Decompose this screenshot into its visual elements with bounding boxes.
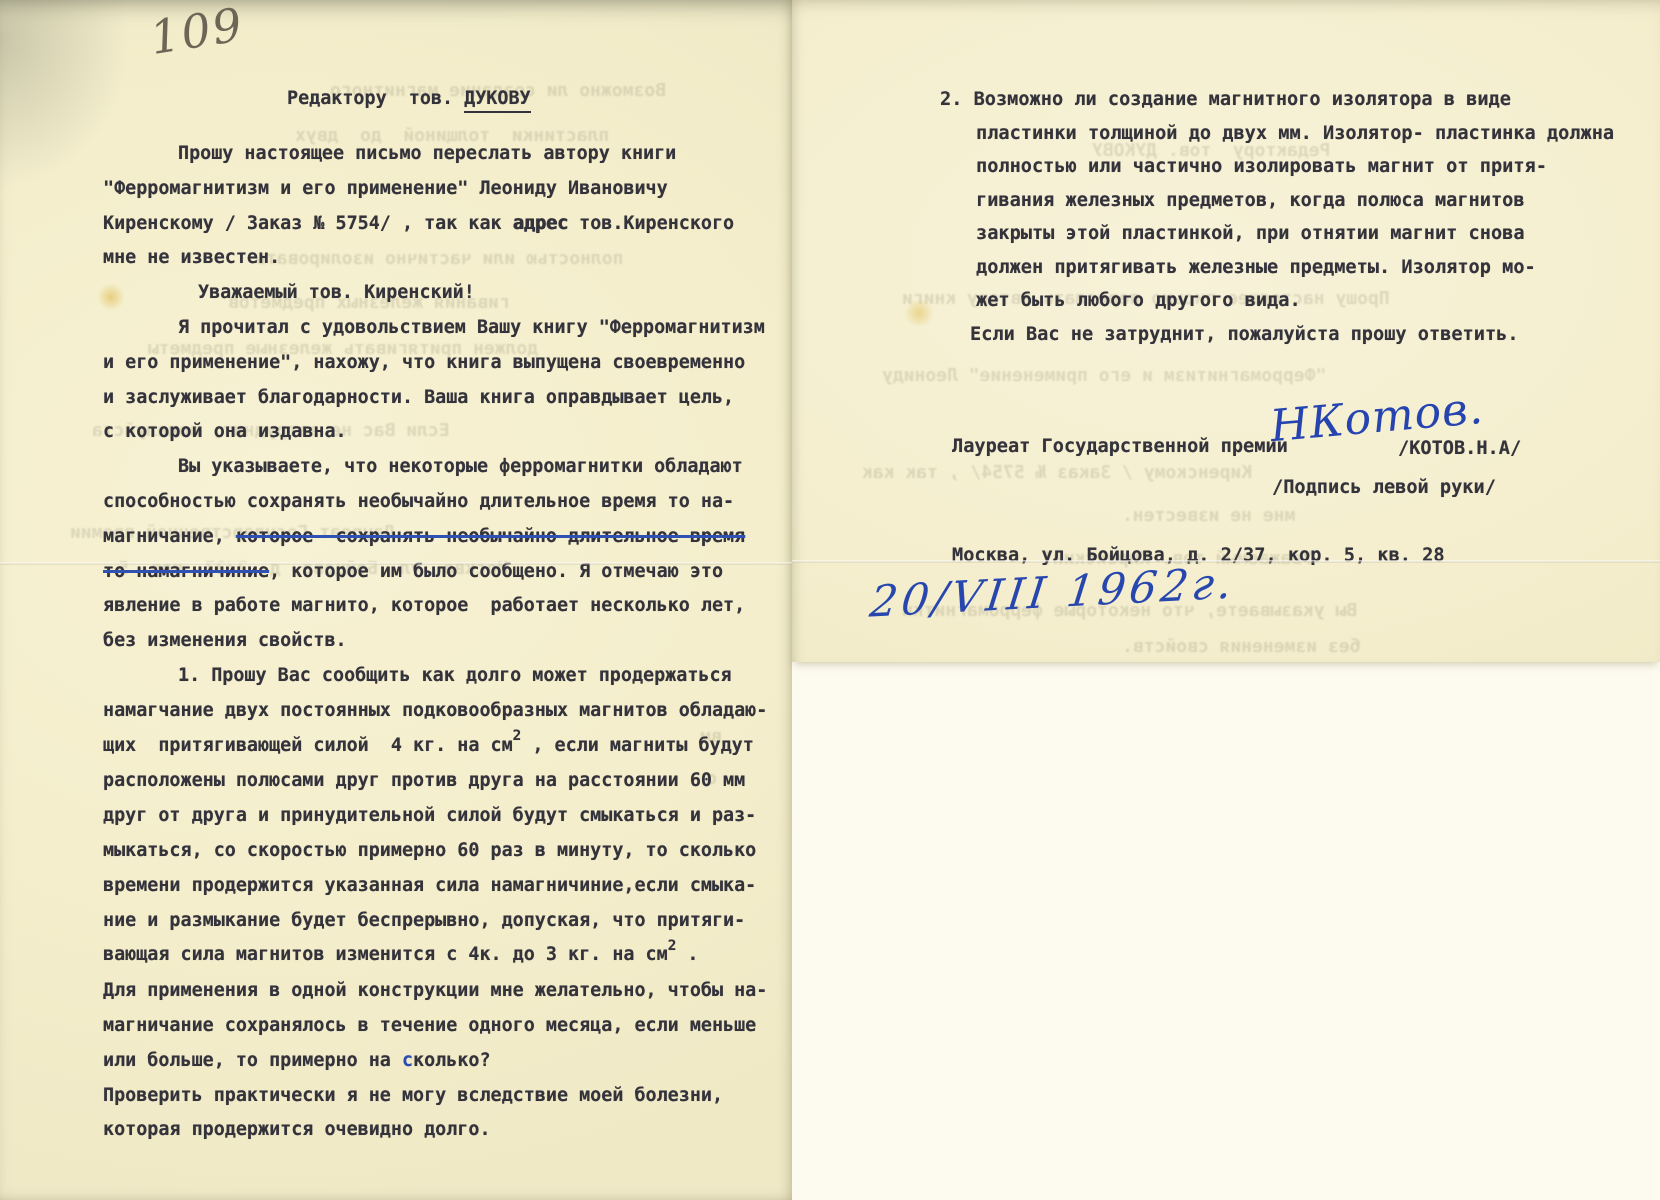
text-segment: ние и размыкание будет беспрерывно, допу… bbox=[103, 910, 745, 931]
text-line: полностью или частично изолировать магни… bbox=[940, 150, 1654, 184]
text-line: вающая сила магнитов изменится с 4к. до … bbox=[103, 938, 788, 974]
struck-text: которое сохранять необычайно длительное … bbox=[236, 526, 745, 547]
text-segment: и его применение", нахожу, что книга вып… bbox=[103, 352, 745, 373]
text-segment: намагчание двух постоянных подковообразн… bbox=[103, 700, 767, 721]
text-segment: тов.Киренского bbox=[568, 213, 734, 234]
text-segment: адрес bbox=[513, 213, 568, 234]
typed-signatory-name: /КОТОВ.Н.А/ bbox=[1398, 438, 1521, 459]
text-line: магничание сохранялось в течение одного … bbox=[103, 1009, 788, 1044]
text-segment: Прошу настоящее письмо переслать автору … bbox=[178, 143, 676, 164]
text-segment: . bbox=[676, 944, 698, 965]
text-segment: жет быть любого другого вида. bbox=[976, 290, 1301, 311]
text-segment: Киренскому / Заказ № 5754/ , так как bbox=[103, 213, 513, 234]
text-segment: 2 bbox=[668, 938, 677, 954]
text-segment: магничание, bbox=[103, 526, 236, 547]
text-line: закрыты этой пластинкой, при отнятии маг… bbox=[940, 217, 1654, 251]
text-segment: Проверить практически я не могу вследств… bbox=[103, 1085, 723, 1106]
text-segment: или больше, то примерно на bbox=[103, 1050, 402, 1071]
text-segment: гивания железных предметов, когда полюса… bbox=[976, 190, 1525, 211]
text-segment: пластинки толщиной до двух мм. Изолятор-… bbox=[976, 123, 1614, 144]
bleed-through-line: "Ферромагнитизм и его применение" Леонид… bbox=[882, 365, 1326, 386]
text-segment: должен притягивать железные предметы. Из… bbox=[976, 257, 1536, 278]
text-line: Уважаемый тов. Киренский! bbox=[103, 276, 788, 311]
page-number-annotation: 109 bbox=[146, 0, 247, 65]
text-segment: , если магниты будут bbox=[521, 735, 754, 756]
letter-scan: Возможно ли создание магнитногопластинки… bbox=[0, 0, 1660, 1200]
text-line: Я прочитал с удовольствием Вашу книгу "Ф… bbox=[103, 311, 788, 346]
letter-heading: Редактору тов. ДУКОВУ bbox=[287, 88, 531, 109]
text-line: Киренскому / Заказ № 5754/ , так как адр… bbox=[103, 207, 788, 242]
text-segment: полностью или частично изолировать магни… bbox=[976, 156, 1547, 177]
text-line: щих притягивающей силой 4 кг. на см2 , е… bbox=[103, 729, 788, 765]
text-segment: 2. Возможно ли создание магнитного изоля… bbox=[940, 89, 1511, 110]
text-segment: мыкаться, со скоростью примерно 60 раз в… bbox=[103, 840, 756, 861]
text-line: и заслуживает благодарности. Ваша книга … bbox=[103, 381, 788, 416]
text-line: времени продержится указанная сила намаг… bbox=[103, 869, 788, 904]
text-segment: без изменения свойств. bbox=[103, 630, 347, 651]
text-segment: с которой она издавна. bbox=[103, 421, 347, 442]
handwritten-date: 20/VIII 1962г. bbox=[867, 558, 1238, 628]
text-line: Для применения в одной конструкции мне ж… bbox=[103, 974, 788, 1009]
text-segment: и заслуживает благодарности. Ваша книга … bbox=[103, 387, 734, 408]
bleed-through-line: без изменения свойств. bbox=[1122, 636, 1360, 657]
text-line: которая продержится очевидно долго. bbox=[103, 1113, 788, 1148]
text-line: Прошу настоящее письмо переслать автору … bbox=[103, 137, 788, 172]
text-line: 1. Прошу Вас сообщить как долго может пр… bbox=[103, 659, 788, 694]
bleed-through-line: мне не известен. bbox=[1122, 505, 1295, 526]
text-line: намагчание двух постоянных подковообразн… bbox=[103, 694, 788, 729]
text-line: Вы указываете, что некоторые ферромагнит… bbox=[103, 450, 788, 485]
text-segment: Вы указываете, что некоторые ферромагнит… bbox=[178, 456, 743, 477]
text-segment: способностью сохранять необычайно длител… bbox=[103, 491, 734, 512]
text-line: или больше, то примерно на сколько? bbox=[103, 1044, 788, 1079]
text-segment: Если Вас не затруднит, пожалуйста прошу … bbox=[970, 324, 1519, 345]
text-segment: Для применения в одной конструкции мне ж… bbox=[103, 980, 767, 1001]
text-segment: 2 bbox=[513, 728, 522, 744]
text-segment: колько? bbox=[413, 1050, 491, 1071]
text-line: Проверить практически я не могу вследств… bbox=[103, 1079, 788, 1114]
heading-prefix: Редактору тов. bbox=[287, 88, 464, 109]
text-line: "Ферромагнитизм и его применение" Леонид… bbox=[103, 172, 788, 207]
addressee-name: ДУКОВУ bbox=[464, 88, 530, 113]
text-segment: расположены полюсами друг против друга н… bbox=[103, 770, 745, 791]
text-line: мне не известен. bbox=[103, 241, 788, 276]
text-segment: "Ферромагнитизм и его применение" Леонид… bbox=[103, 178, 668, 199]
text-line: без изменения свойств. bbox=[103, 624, 788, 659]
paper-stain bbox=[902, 300, 936, 326]
text-line: ние и размыкание будет беспрерывно, допу… bbox=[103, 904, 788, 939]
text-segment: закрыты этой пластинкой, при отнятии маг… bbox=[976, 223, 1525, 244]
text-line: то намагничиние, которое им было сообщен… bbox=[103, 555, 788, 590]
right-page: Редактору тов. ДУКОВУПрошу настоящее пис… bbox=[792, 0, 1660, 662]
text-segment: , которое им было сообщено. Я отмечаю эт… bbox=[269, 561, 723, 582]
text-line: 2. Возможно ли создание магнитного изоля… bbox=[940, 83, 1654, 117]
letter-body-continued: 2. Возможно ли создание магнитного изоля… bbox=[940, 83, 1654, 351]
struck-text: то намагничиние bbox=[103, 561, 269, 582]
text-line: явление в работе магнито, которое работа… bbox=[103, 589, 788, 624]
text-segment: которая продержится очевидно долго. bbox=[103, 1119, 491, 1140]
text-segment: мне не известен. bbox=[103, 247, 280, 268]
laureate-title-line: Лауреат Государственной премии bbox=[952, 436, 1288, 457]
left-page: Возможно ли создание магнитногопластинки… bbox=[0, 0, 792, 1200]
text-line: расположены полюсами друг против друга н… bbox=[103, 764, 788, 799]
text-line: друг от друга и принудительной силой буд… bbox=[103, 799, 788, 834]
text-segment: времени продержится указанная сила намаг… bbox=[103, 875, 756, 896]
text-line: пластинки толщиной до двух мм. Изолятор-… bbox=[940, 117, 1654, 151]
text-segment: явление в работе магнито, которое работа… bbox=[103, 595, 745, 616]
text-line: магничание, которое сохранять необычайно… bbox=[103, 520, 788, 555]
text-segment: с bbox=[402, 1050, 413, 1071]
text-segment: магничание сохранялось в течение одного … bbox=[103, 1015, 756, 1036]
text-segment: Я прочитал с удовольствием Вашу книгу "Ф… bbox=[178, 317, 765, 338]
text-line: мыкаться, со скоростью примерно 60 раз в… bbox=[103, 834, 788, 869]
text-line: и его применение", нахожу, что книга вып… bbox=[103, 346, 788, 381]
bleed-through-line: Киренскому / Заказ № 5754/ , так как bbox=[862, 462, 1252, 483]
text-line: должен притягивать железные предметы. Из… bbox=[940, 251, 1654, 285]
text-segment: вающая сила магнитов изменится с 4к. до … bbox=[103, 944, 668, 965]
text-segment: 1. Прошу Вас сообщить как долго может пр… bbox=[178, 665, 732, 686]
text-segment: друг от друга и принудительной силой буд… bbox=[103, 805, 756, 826]
text-line: гивания железных предметов, когда полюса… bbox=[940, 184, 1654, 218]
text-line: способностью сохранять необычайно длител… bbox=[103, 485, 788, 520]
text-line: Если Вас не затруднит, пожалуйста прошу … bbox=[940, 318, 1654, 352]
letter-body: Прошу настоящее письмо переслать автору … bbox=[103, 137, 788, 1148]
text-line: жет быть любого другого вида. bbox=[940, 284, 1654, 318]
text-segment: щих притягивающей силой 4 кг. на см bbox=[103, 735, 513, 756]
signature-note: /Подпись левой руки/ bbox=[1272, 477, 1496, 498]
text-segment: Уважаемый тов. Киренский! bbox=[198, 282, 475, 303]
text-line: с которой она издавна. bbox=[103, 415, 788, 450]
